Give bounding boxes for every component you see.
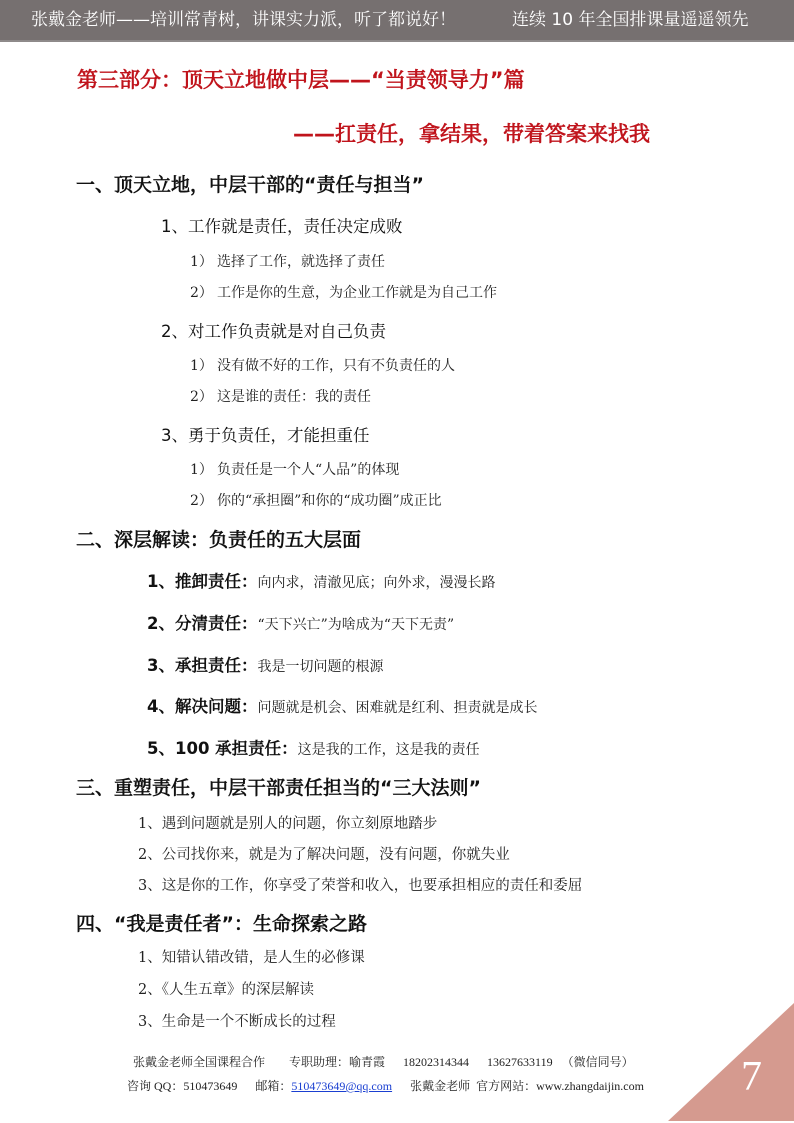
list-item: 1、知错认错改错，是人生的必修课 <box>138 946 365 967</box>
page-title: 第三部分：顶天立地做中层——“当责领导力”篇 <box>77 64 525 94</box>
top-banner: 张戴金老师——培训常青树，讲课实力派，听了都说好！ 连续 10 年全国排课量遥遥… <box>0 0 794 42</box>
list-item: 3、生命是一个不断成长的过程 <box>138 1010 336 1031</box>
point-2: 2、分清责任：“天下兴亡”为啥成为“天下无责” <box>147 610 454 634</box>
section-heading-2: 二、深层解读：负责任的五大层面 <box>76 525 361 552</box>
email-link[interactable]: 510473649@qq.com <box>291 1079 392 1093</box>
point-4: 4、解决问题：问题就是机会、困难就是红利、担责就是成长 <box>147 693 537 717</box>
page-corner-triangle <box>668 1003 794 1121</box>
list-item: 1、遇到问题就是别人的问题，你立刻原地踏步 <box>138 812 437 833</box>
page-subtitle: ——扛责任，拿结果，带着答案来找我 <box>293 118 650 148</box>
point-3: 3、承担责任：我是一切问题的根源 <box>147 652 383 676</box>
list-item: 2、公司找你来，就是为了解决问题，没有问题，你就失业 <box>138 843 510 864</box>
section-heading-4: 四、“我是责任者”：生命探索之路 <box>76 909 367 936</box>
subsection-1-3: 3、勇于负责任，才能担重任 <box>161 422 370 446</box>
section-heading-3: 三、重塑责任，中层干部责任担当的“三大法则” <box>76 773 481 800</box>
banner-claim: 连续 10 年全国排课量遥遥领先 <box>512 0 748 40</box>
list-item: 1）负责任是一个人“人品”的体现 <box>190 459 399 479</box>
footer-line-2: 咨询 QQ：510473649 邮箱：510473649@qq.com 张戴金老… <box>127 1077 644 1094</box>
subsection-1-2: 2、对工作负责就是对自己负责 <box>161 318 386 342</box>
list-item: 1）选择了工作，就选择了责任 <box>190 251 385 271</box>
list-item: 1）没有做不好的工作，只有不负责任的人 <box>190 355 455 375</box>
point-1: 1、推卸责任：向内求，清澈见底；向外求，漫漫长路 <box>147 568 495 592</box>
list-item: 3、这是你的工作，你享受了荣誉和收入，也要承担相应的责任和委屈 <box>138 874 582 895</box>
list-item: 2）工作是你的生意，为企业工作就是为自己工作 <box>190 282 497 302</box>
subsection-1-1: 1、工作就是责任，责任决定成败 <box>161 213 403 237</box>
footer-line-1: 张戴金老师全国课程合作 专职助理：喻青霞 18202314344 1362763… <box>133 1053 634 1070</box>
banner-slogan: 张戴金老师——培训常青树，讲课实力派，听了都说好！ <box>31 0 456 40</box>
point-5: 5、100 承担责任：这是我的工作，这是我的责任 <box>147 735 480 759</box>
section-heading-1: 一、顶天立地，中层干部的“责任与担当” <box>76 170 424 197</box>
list-item: 2）这是谁的责任：我的责任 <box>190 386 371 406</box>
page-number: 7 <box>741 1053 762 1101</box>
list-item: 2）你的“承担圈”和你的“成功圈”成正比 <box>190 490 442 510</box>
list-item: 2、《人生五章》的深层解读 <box>138 978 314 999</box>
